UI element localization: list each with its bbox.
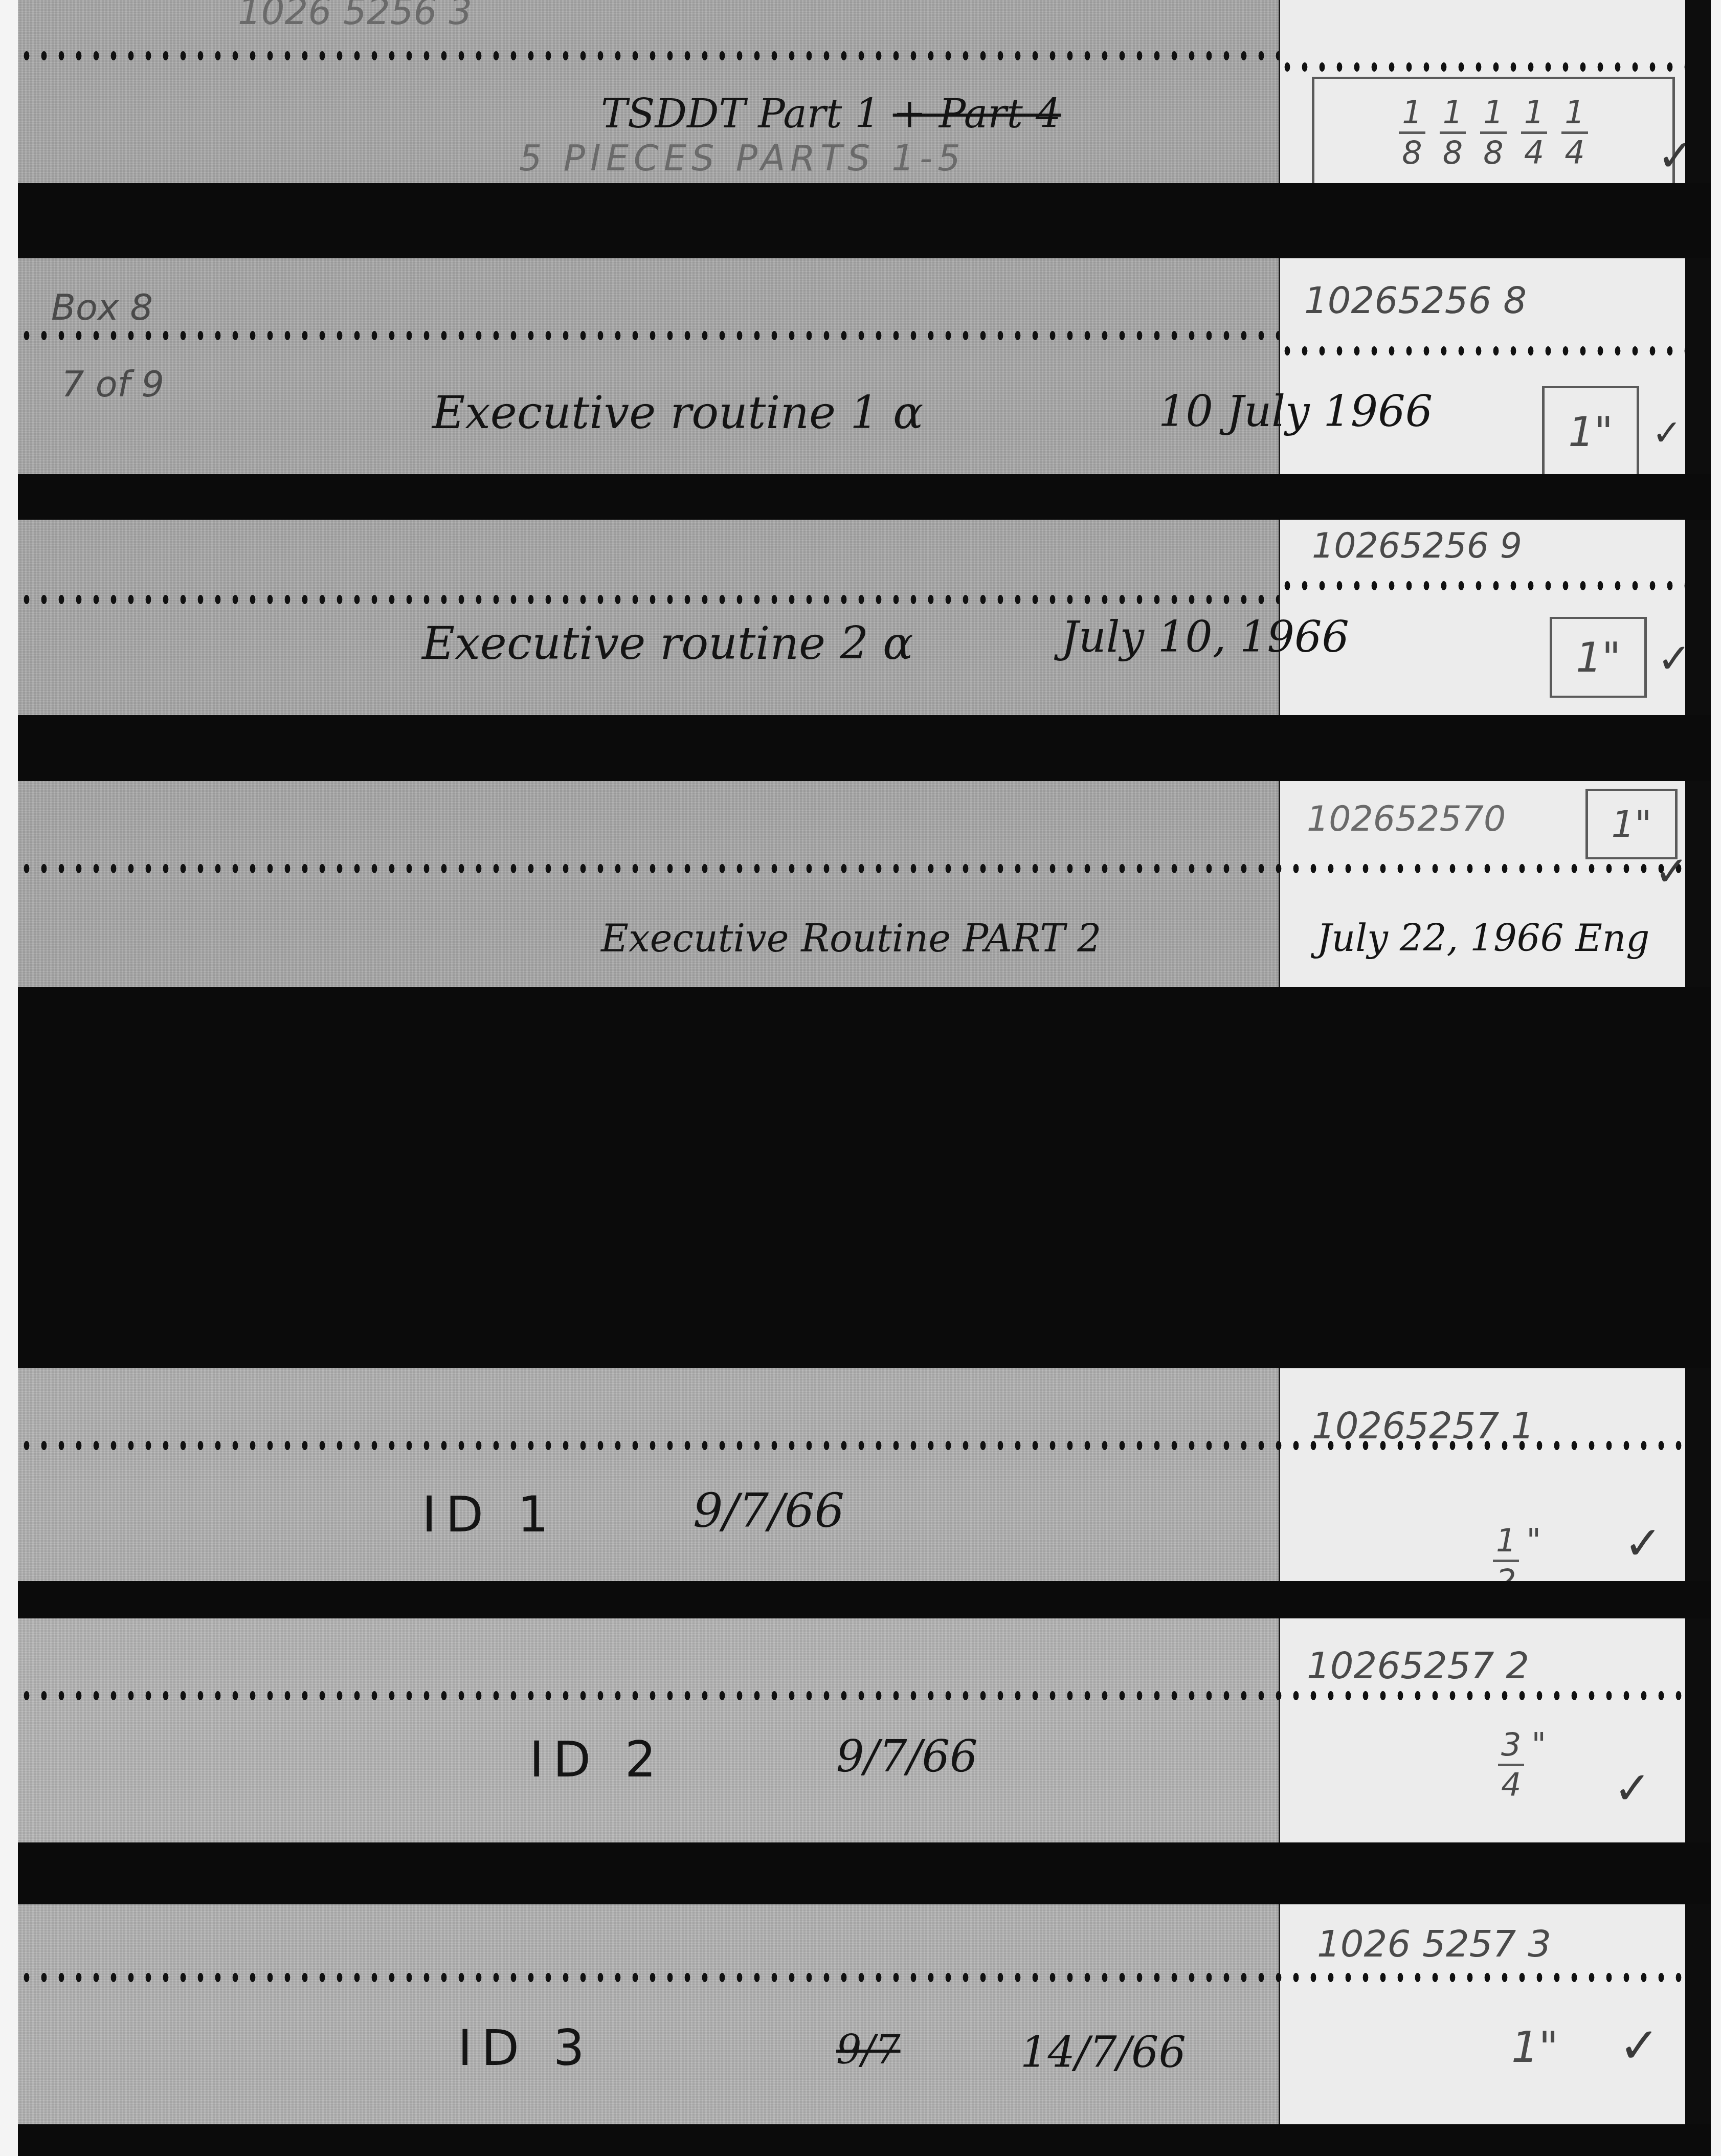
sprocket-holes — [18, 1972, 1685, 1983]
strip-date: 14/7/66 — [1020, 2027, 1186, 2077]
length-value: 12" — [1486, 1522, 1541, 1581]
strip-id-number: 102652570 — [1307, 799, 1506, 839]
length-fraction: 12 — [1493, 1525, 1519, 1581]
scanned-tape-labels-page: 1026 5256 3 TSDDT Part 1 + Part 4 5 PIEC… — [0, 0, 1721, 2156]
sprocket-holes — [1279, 580, 1685, 591]
date-text: July 22, 1966 — [1317, 917, 1563, 960]
length-bracket: 1" — [1542, 386, 1639, 474]
sprocket-holes — [1279, 61, 1685, 73]
check-mark-icon: ✓ — [1652, 412, 1682, 454]
check-mark-icon: ✓ — [1619, 2017, 1660, 2074]
tape-divider-band — [18, 2124, 1711, 2156]
strip-date: July 10, 1966 — [1061, 612, 1349, 662]
suffix-text: Eng — [1575, 917, 1649, 960]
sprocket-holes — [18, 50, 1279, 61]
strip-date: 10 July 1966 — [1158, 386, 1433, 436]
tape-strip-1: 1026 5256 3 TSDDT Part 1 + Part 4 5 PIEC… — [18, 0, 1685, 183]
tape-strip-6: ID 2 9/7/66 10265257 2 34" ✓ — [18, 1618, 1685, 1842]
check-mark-icon: ✓ — [1657, 130, 1685, 182]
strip-id-number: 1026 5256 3 — [238, 0, 472, 33]
tape-divider-band-large — [18, 987, 1711, 1368]
length-bracket: 18 18 18 14 14 — [1312, 77, 1675, 183]
tape-strip-2: Box 8 7 of 9 Executive routine 1 α 10 Ju… — [18, 258, 1685, 474]
strip-date: 9/7/66 — [693, 1483, 844, 1538]
tape-divider-band — [18, 183, 1711, 258]
strip-id-number: 10265257 1 — [1312, 1404, 1534, 1447]
tape-divider-band — [18, 474, 1711, 520]
length-fraction-5: 14 — [1561, 97, 1588, 169]
check-mark-icon: ✓ — [1624, 1517, 1662, 1570]
length-fraction-1: 18 — [1399, 97, 1425, 169]
tape-strip-5: ID 1 9/7/66 10265257 1 12" ✓ — [18, 1368, 1685, 1581]
tape-strip-3: Executive routine 2 α July 10, 1966 1026… — [18, 520, 1685, 715]
title-struck-text: + Part 4 — [893, 91, 1061, 137]
strip-date: July 22, 1966 Eng — [1317, 917, 1649, 960]
title-text: Executive Routine PART 2 — [601, 917, 1101, 961]
sprocket-holes — [18, 1690, 1685, 1701]
tape-strip-7: ID 3 9/7 14/7/66 1026 5257 3 1" ✓ — [18, 1904, 1685, 2124]
tape-strip-4: Executive Routine PART 2 July 22, 1966 E… — [18, 781, 1685, 987]
strip-date: 9/7/66 — [836, 1731, 978, 1782]
length-fraction: 34 — [1498, 1729, 1524, 1801]
sprocket-holes — [18, 594, 1279, 605]
check-mark-icon: ✓ — [1614, 1762, 1651, 1814]
tape-divider-band — [18, 1842, 1711, 1904]
strip-title: ID 2 — [529, 1731, 665, 1788]
length-fraction-2: 18 — [1440, 97, 1466, 169]
length-bracket: 1" — [1550, 617, 1647, 698]
check-mark-icon: ✓ — [1657, 635, 1685, 682]
strip-subtitle: 5 PIECES PARTS 1-5 — [519, 137, 966, 179]
strip-title: ID 1 — [422, 1486, 558, 1543]
length-value: 1" — [1511, 2022, 1558, 2072]
strip-title: Executive routine 2 α — [422, 617, 913, 670]
strip-id-number: 10265256 8 — [1304, 279, 1527, 322]
strip-date-struck: 9/7 — [836, 2027, 901, 2073]
length-value: 34" — [1491, 1726, 1546, 1801]
title-text: TSDDT Part 1 — [601, 91, 880, 137]
strip-title: Executive Routine PART 2 — [601, 917, 1101, 961]
strip-title: Executive routine 1 α — [432, 386, 924, 439]
tape-divider-band — [18, 1581, 1711, 1618]
sprocket-holes — [18, 863, 1685, 874]
check-mark-icon: ✓ — [1655, 848, 1685, 895]
strip-title: TSDDT Part 1 + Part 4 — [601, 91, 1061, 137]
box-sequence: 7 of 9 — [61, 363, 164, 405]
sprocket-holes — [18, 330, 1279, 341]
length-fraction-4: 14 — [1521, 97, 1547, 169]
strip-id-number: 10265257 2 — [1307, 1644, 1529, 1687]
strip-id-number: 1026 5257 3 — [1317, 1922, 1551, 1965]
tape-divider-band — [18, 715, 1711, 781]
sprocket-holes — [1279, 345, 1685, 357]
strip-title: ID 3 — [458, 2019, 594, 2077]
box-label: Box 8 — [51, 286, 153, 328]
length-fraction-3: 18 — [1480, 97, 1506, 169]
strip-id-number: 10265256 9 — [1312, 526, 1522, 566]
